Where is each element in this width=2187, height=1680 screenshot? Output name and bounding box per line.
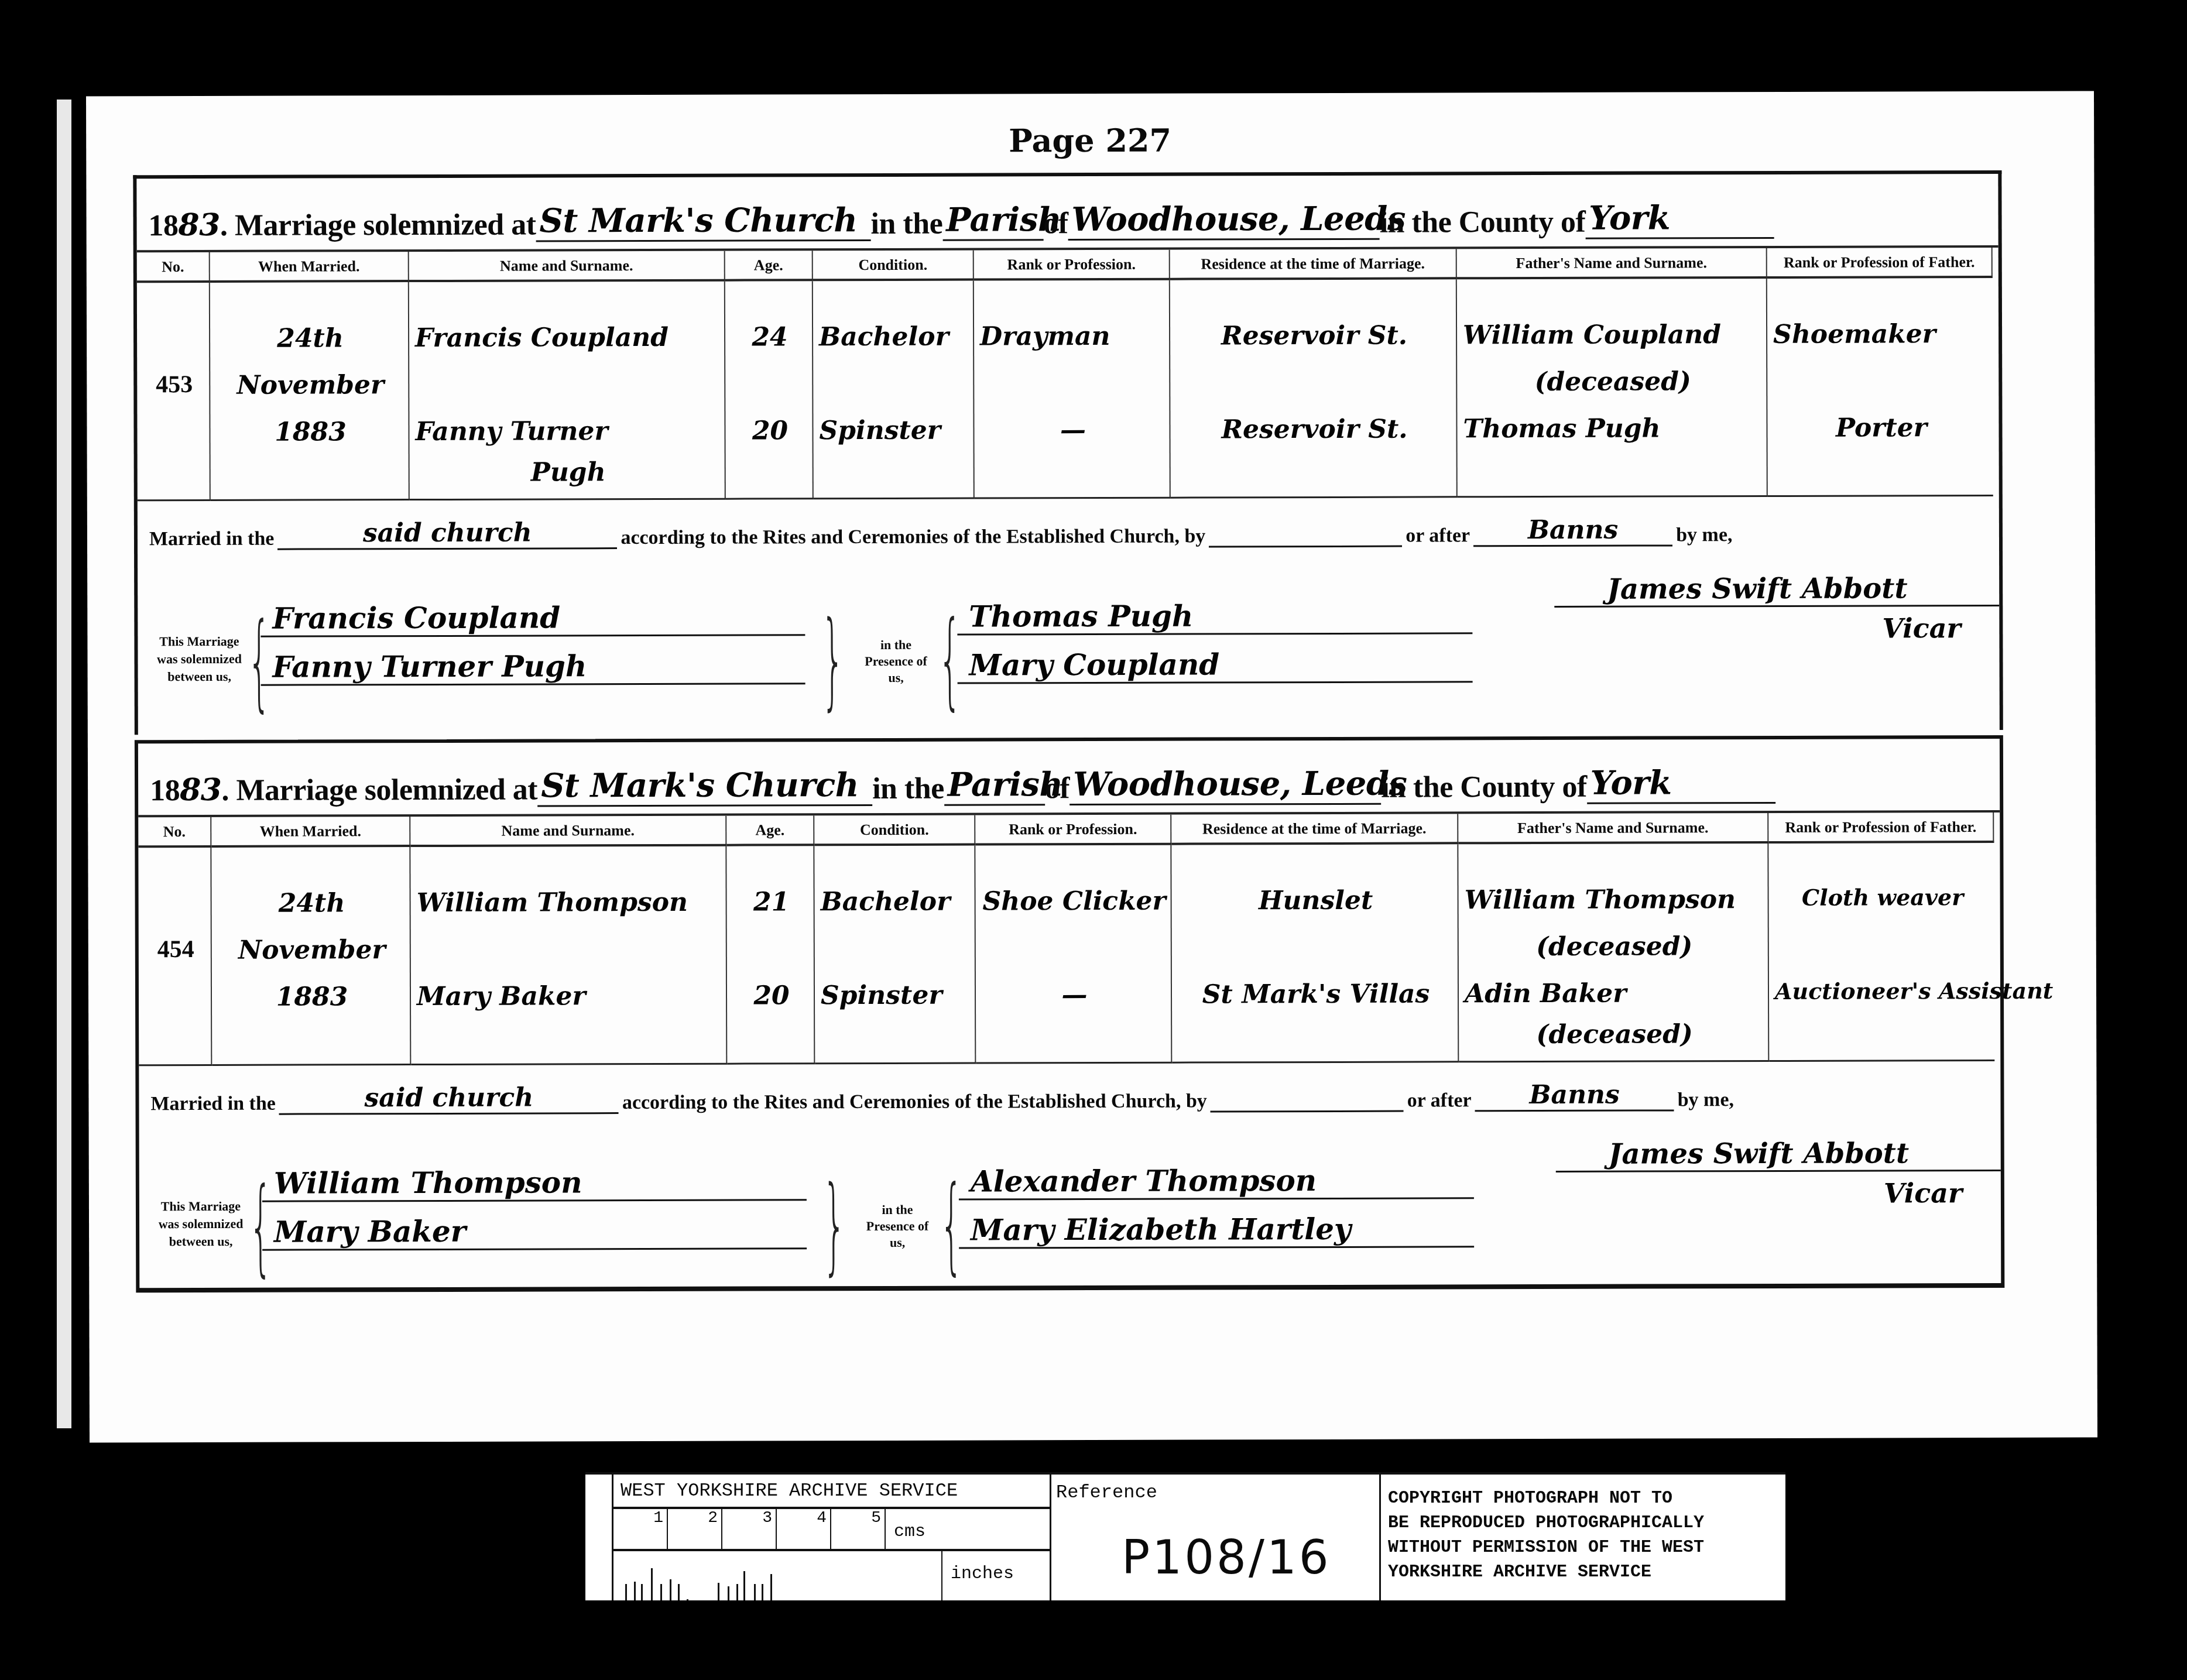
year-prefix: 18 — [148, 208, 178, 243]
bride-condition: Spinster — [821, 980, 971, 1011]
bride-signature: Mary Baker — [262, 1201, 807, 1250]
couple-signatures: William Thompson Mary Baker — [262, 1152, 807, 1250]
day: 24th — [216, 323, 405, 354]
bride-father-profession: Porter — [1773, 413, 1989, 443]
presence-label: in the Presence of us, — [865, 1202, 930, 1251]
groom-profession: Shoe Clicker — [982, 886, 1167, 917]
bride-condition: Spinster — [819, 416, 969, 446]
bride-age: 20 — [731, 416, 808, 445]
col-father-name: Father's Name and Surname. — [1457, 248, 1767, 279]
when-married: 24th November 1883 — [211, 847, 411, 1066]
minister-name: James Swift Abbott — [1554, 552, 1999, 608]
groom-residence: Hunslet — [1178, 885, 1454, 916]
groom-father-note: (deceased) — [1465, 931, 1764, 962]
minister-name: James Swift Abbott — [1556, 1117, 2001, 1172]
witness-1: Thomas Pugh — [957, 585, 1472, 635]
witness-2: Mary Coupland — [957, 634, 1472, 684]
bride-age: 20 — [733, 980, 810, 1010]
licence-field — [1209, 546, 1402, 548]
bride-father-name: Adin Baker — [1465, 978, 1764, 1009]
bride-signature: Fanny Turner Pugh — [260, 636, 805, 685]
groom-age: 21 — [733, 887, 810, 917]
book-edge — [57, 100, 71, 1428]
year: 1883 — [218, 982, 406, 1012]
year-prefix: 18 — [150, 773, 180, 808]
rites-line: Married in the said church according to … — [150, 1079, 1989, 1115]
entry-headline: 1883 . Marriage solemnized at St Mark's … — [138, 739, 2000, 817]
of-text: of — [1045, 771, 1069, 805]
year-suffix: 83 — [178, 207, 220, 243]
names: Francis Coupland Fanny Turner Pugh — [409, 282, 726, 500]
groom-name: Francis Coupland — [415, 323, 721, 353]
names: William Thompson Mary Baker — [410, 846, 727, 1065]
entry-table: No. When Married. Name and Surname. Age.… — [137, 248, 1999, 501]
year-suffix: 83 — [180, 772, 222, 808]
banns-field: Banns — [1475, 1079, 1674, 1112]
when-married: 24th November 1883 — [210, 282, 410, 501]
entry-number: 454 — [138, 848, 212, 1066]
col-profession: Rank or Profession. — [974, 250, 1170, 281]
col-age: Age. — [725, 251, 813, 281]
brace-right: } — [822, 1164, 846, 1286]
groom-father-name: William Coupland — [1463, 320, 1763, 350]
father-names: William Coupland (deceased) Thomas Pugh — [1457, 279, 1768, 498]
church-field: St Mark's Church — [537, 766, 872, 807]
in-the-text: in the — [872, 772, 944, 806]
cms-label: cms — [886, 1509, 925, 1549]
witness-signatures: Alexander Thompson Mary Elizabeth Hartle… — [959, 1150, 1474, 1249]
solemnized-text: . Marriage solemnized at — [221, 772, 537, 807]
in-the-text: in the — [870, 207, 942, 241]
groom-father-profession: Shoemaker — [1773, 319, 1989, 349]
reference-label: Reference — [1051, 1475, 1379, 1510]
county-text: in the County of — [1381, 770, 1587, 805]
rites-line: Married in the said church according to … — [149, 514, 1987, 550]
bride-name-line2: Pugh — [416, 457, 721, 488]
solemnized-text: . Marriage solemnized at — [220, 207, 536, 242]
groom-father-note: (deceased) — [1463, 366, 1763, 397]
married-in-field: said church — [279, 1082, 619, 1115]
bride-profession: — — [980, 415, 1166, 445]
groom-age: 24 — [731, 322, 808, 352]
presence-label: in the Presence of us, — [863, 637, 928, 686]
minister-title: Vicar — [1554, 606, 1999, 645]
county-field: York — [1585, 198, 1774, 239]
professions: Shoe Clicker — — [975, 845, 1172, 1064]
bride-residence: Reservoir St. — [1176, 414, 1452, 444]
entry-number: 453 — [137, 283, 211, 501]
conditions: Bachelor Spinster — [813, 281, 975, 500]
groom-signature: William Thompson — [262, 1152, 807, 1202]
reference-box: Reference P108/16 — [1050, 1475, 1381, 1600]
residences: Reservoir St. Reservoir St. — [1170, 279, 1458, 498]
groom-name: William Thompson — [417, 887, 722, 918]
col-no: No. — [138, 817, 211, 848]
copyright-notice: COPYRIGHT PHOTOGRAPH NOT TO BE REPRODUCE… — [1381, 1475, 1785, 1600]
reference-value: P108/16 — [1122, 1530, 1331, 1585]
col-name: Name and Surname. — [410, 816, 726, 847]
minister-title: Vicar — [1556, 1171, 2001, 1210]
bride-father-profession: Auctioneer's Assistant — [1775, 978, 1991, 1004]
col-when-married: When Married. — [211, 817, 410, 848]
col-name: Name and Surname. — [409, 251, 725, 282]
county-text: in the County of — [1380, 205, 1586, 240]
ages: 24 20 — [725, 281, 814, 499]
marriage-entry-454: 1883 . Marriage solemnized at St Mark's … — [135, 735, 2004, 1292]
month: November — [218, 935, 406, 965]
groom-profession: Drayman — [980, 321, 1166, 352]
month: November — [216, 370, 405, 400]
groom-father-profession: Cloth weaver — [1775, 884, 1991, 911]
col-father-profession: Rank or Profession of Father. — [1768, 812, 1994, 844]
witness-2: Mary Elizabeth Hartley — [959, 1199, 1474, 1249]
cm-scale: 1 2 3 4 5 cms — [613, 1509, 1050, 1551]
witness-signatures: Thomas Pugh Mary Coupland — [957, 585, 1472, 684]
inch-ticks — [613, 1551, 942, 1600]
scale-ruler: WEST YORKSHIRE ARCHIVE SERVICE 1 2 3 4 5… — [612, 1475, 1050, 1600]
bride-residence: St Mark's Villas — [1178, 979, 1454, 1009]
church-field: St Mark's Church — [536, 201, 870, 242]
col-age: Age. — [726, 815, 814, 846]
col-residence: Residence at the time of Marriage. — [1170, 249, 1457, 280]
licence-field — [1211, 1110, 1404, 1113]
married-in-field: said church — [277, 517, 617, 550]
archive-service-name: WEST YORKSHIRE ARCHIVE SERVICE — [613, 1475, 1050, 1509]
minister-signature: James Swift Abbott Vicar — [1556, 1117, 2001, 1210]
father-professions: Cloth weaver Auctioneer's Assistant — [1768, 843, 1994, 1062]
banns-field: Banns — [1473, 515, 1672, 547]
groom-condition: Bachelor — [819, 322, 969, 352]
day: 24th — [218, 888, 406, 918]
professions: Drayman — — [974, 280, 1171, 499]
father-professions: Shoemaker Porter — [1767, 278, 1993, 497]
groom-father-name: William Thompson — [1465, 884, 1764, 915]
between-us-label: This Marriage was solemnized between us, — [149, 633, 249, 685]
col-father-profession: Rank or Profession of Father. — [1767, 248, 1993, 279]
groom-condition: Bachelor — [821, 887, 971, 917]
bride-profession: — — [982, 980, 1167, 1010]
bride-father-note: (deceased) — [1465, 1019, 1764, 1050]
groom-signature: Francis Coupland — [260, 587, 805, 637]
bride-father-name: Thomas Pugh — [1463, 413, 1763, 444]
conditions: Bachelor Spinster — [814, 846, 976, 1065]
brace-right: } — [821, 599, 845, 721]
district-type-field: Parish — [942, 200, 1043, 241]
solemnization-section: Married in the said church according to … — [139, 1061, 2001, 1312]
col-residence: Residence at the time of Marriage. — [1171, 814, 1458, 845]
col-condition: Condition. — [813, 251, 974, 282]
residences: Hunslet St Mark's Villas — [1171, 844, 1459, 1063]
district-field: Woodhouse, Leeds — [1069, 764, 1381, 805]
couple-signatures: Francis Coupland Fanny Turner Pugh — [260, 587, 805, 685]
county-field: York — [1587, 763, 1775, 804]
bride-name: Mary Baker — [417, 981, 722, 1012]
minister-signature: James Swift Abbott Vicar — [1554, 552, 1999, 645]
ages: 21 20 — [726, 846, 815, 1064]
between-us-label: This Marriage was solemnized between us, — [151, 1198, 251, 1250]
year: 1883 — [216, 417, 405, 447]
witness-1: Alexander Thompson — [959, 1150, 1474, 1200]
bride-name: Fanny Turner — [415, 416, 721, 447]
entry-table: No. When Married. Name and Surname. Age.… — [138, 812, 2000, 1066]
solemnization-section: Married in the said church according to … — [138, 496, 2000, 747]
district-type-field: Parish — [944, 765, 1045, 805]
col-no: No. — [137, 252, 210, 283]
col-father-name: Father's Name and Surname. — [1458, 813, 1768, 844]
inches-label: inches — [942, 1551, 1014, 1600]
groom-residence: Reservoir St. — [1176, 320, 1452, 351]
col-profession: Rank or Profession. — [975, 815, 1171, 846]
col-when-married: When Married. — [210, 252, 409, 283]
marriage-entry-453: 1883 . Marriage solemnized at St Mark's … — [133, 170, 2003, 735]
archive-label: WEST YORKSHIRE ARCHIVE SERVICE 1 2 3 4 5… — [585, 1472, 1785, 1600]
inch-scale: inches — [613, 1551, 1050, 1600]
district-field: Woodhouse, Leeds — [1068, 200, 1379, 241]
father-names: William Thompson (deceased) Adin Baker (… — [1458, 844, 1769, 1062]
col-condition: Condition. — [814, 815, 975, 846]
entry-headline: 1883 . Marriage solemnized at St Mark's … — [136, 174, 1998, 252]
page-number: Page 227 — [86, 119, 2094, 162]
register-page: Page 227 1883 . Marriage solemnized at S… — [86, 91, 2097, 1443]
of-text: of — [1043, 206, 1068, 241]
